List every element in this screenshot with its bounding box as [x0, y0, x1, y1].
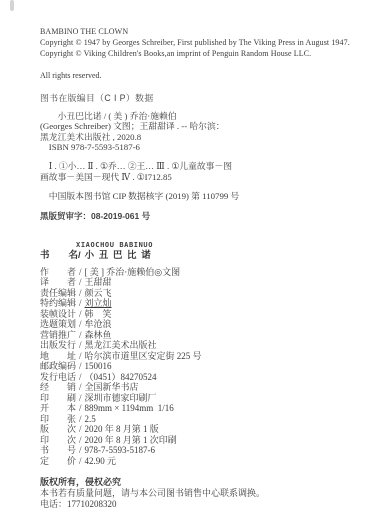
- page-content: BAMBINO THE CLOWN Copyright © 1947 by Ge…: [0, 0, 375, 510]
- row-separator: /: [79, 435, 82, 445]
- row-separator: /: [79, 267, 82, 277]
- footer-block: 版权所有，侵权必究 本书若有质量问题，请与本公司图书销售中心联系调换。 电话：1…: [40, 477, 349, 509]
- row-separator: /: [79, 277, 82, 287]
- row-label: 特约编辑: [40, 298, 77, 309]
- row-label: 开 本: [40, 403, 77, 414]
- book-title-label: 书 名/: [40, 250, 81, 261]
- row-label: 印 刷: [40, 393, 77, 404]
- colophon-row: 作 者/[ 美 ] 乔治·施赖伯◎文图: [40, 267, 349, 278]
- pinyin-title: XIAOCHOU BABINUO: [76, 241, 349, 250]
- row-separator: /: [79, 456, 82, 466]
- row-separator: /: [79, 319, 82, 329]
- cip-class-line: Ⅰ . ①小… Ⅱ . ①乔… ②王… Ⅲ . ①儿童故事－图: [40, 161, 349, 171]
- colophon-row: 定 价/42.90 元: [40, 456, 349, 467]
- cip-heading: 图书在版编目（C I P）数据: [40, 93, 349, 104]
- colophon-rows: 作 者/[ 美 ] 乔治·施赖伯◎文图译 者/王甜甜责任编辑/颜云飞特约编辑/刘…: [40, 267, 349, 467]
- quality-notice-line: 本书若有质量问题，请与本公司图书销售中心联系调换。: [40, 488, 349, 499]
- colophon-row: 地 址/哈尔滨市道里区安定街 225 号: [40, 351, 349, 362]
- colophon-row: 邮政编码/150016: [40, 361, 349, 372]
- row-label: 书 号: [40, 445, 77, 456]
- cip-class-line: 画故事－美国－现代 Ⅳ . ①I712.85: [40, 172, 349, 182]
- row-label: 作 者: [40, 267, 77, 278]
- row-value: 2.5: [85, 414, 96, 424]
- row-label: 营销推广: [40, 330, 77, 341]
- row-value: 牟沧浪: [85, 319, 112, 329]
- colophon-row: 经 销/全国新华书店: [40, 382, 349, 393]
- row-separator: /: [79, 340, 82, 350]
- row-value: （0451）84270524: [85, 372, 157, 382]
- row-separator: /: [79, 288, 82, 298]
- row-value: 深圳市德家印刷厂: [85, 393, 157, 403]
- cip-entry-line: ISBN 978-7-5593-5187-6: [40, 142, 349, 152]
- copyright-line: Copyright © 1947 by Georges Schreiber, F…: [40, 38, 349, 49]
- row-value: 全国新华书店: [85, 382, 139, 392]
- row-value: 150016: [85, 361, 112, 371]
- colophon-row: 印 刷/深圳市德家印刷厂: [40, 393, 349, 404]
- colophon-row: 出版发行/黑龙江美术出版社: [40, 340, 349, 351]
- row-value: 哈尔滨市道里区安定街 225 号: [85, 351, 202, 361]
- row-separator: /: [79, 351, 82, 361]
- contact-phone-line: 电话：17710208320: [40, 499, 349, 510]
- colophon-row: 版 次/2020 年 8 月第 1 版: [40, 424, 349, 435]
- colophon-row: 选题策划/牟沧浪: [40, 319, 349, 330]
- row-label: 发行电话: [40, 372, 77, 383]
- colophon-row: 印 张/2.5: [40, 414, 349, 425]
- row-separator: /: [79, 382, 82, 392]
- row-separator: /: [79, 445, 82, 455]
- row-separator: /: [79, 361, 82, 371]
- colophon-row: 开 本/889mm × 1194mm 1/16: [40, 403, 349, 414]
- book-title-row: 书 名/小 丑 巴 比 诺: [40, 250, 349, 261]
- row-label: 经 销: [40, 382, 77, 393]
- cip-block: 图书在版编目（C I P）数据 小丑巴比诺 / ( 美 ) 乔治·施赖伯(Geo…: [40, 93, 349, 222]
- row-label: 印 次: [40, 435, 77, 446]
- copyright-lines: Copyright © 1947 by Georges Schreiber, F…: [40, 38, 349, 60]
- scan-artifact: [10, 0, 14, 11]
- cip-entry-line: (Georges Schreiber) 文图；王甜甜译 . -- 哈尔滨：: [40, 121, 349, 131]
- colophon-row: 译 者/王甜甜: [40, 277, 349, 288]
- copyright-line: Copyright © Viking Children's Books,an i…: [40, 49, 349, 60]
- row-label: 译 者: [40, 277, 77, 288]
- colophon-row: 责任编辑/颜云飞: [40, 288, 349, 299]
- colophon-row: 装帧设计/韩 笑: [40, 309, 349, 320]
- row-value: 颜云飞: [85, 288, 112, 298]
- cip-entry: 小丑巴比诺 / ( 美 ) 乔治·施赖伯(Georges Schreiber) …: [40, 111, 349, 152]
- cip-classification: Ⅰ . ①小… Ⅱ . ①乔… ②王… Ⅲ . ①儿童故事－图画故事－美国－现代…: [40, 161, 349, 182]
- book-title-english: BAMBINO THE CLOWN: [40, 27, 349, 38]
- row-label: 责任编辑: [40, 288, 77, 299]
- row-separator: /: [79, 414, 82, 424]
- colophon-block: XIAOCHOU BABINUO 书 名/小 丑 巴 比 诺 作 者/[ 美 ]…: [40, 241, 349, 467]
- row-label: 出版发行: [40, 340, 77, 351]
- row-label: 地 址: [40, 351, 77, 362]
- cip-registry-line: 中国版本图书馆 CIP 数据核字 (2019) 第 110799 号: [40, 191, 349, 202]
- row-separator: /: [79, 403, 82, 413]
- english-header: BAMBINO THE CLOWN Copyright © 1947 by Ge…: [40, 27, 349, 82]
- row-value: 42.90 元: [85, 456, 117, 466]
- row-separator: /: [79, 372, 82, 382]
- row-separator: /: [79, 330, 82, 340]
- rights-reserved-line: All rights reserved.: [40, 71, 349, 82]
- colophon-row: 营销推广/森林鱼: [40, 330, 349, 341]
- row-label: 装帧设计: [40, 309, 77, 320]
- row-separator: /: [79, 393, 82, 403]
- row-value: 王甜甜: [85, 277, 112, 287]
- row-label: 印 张: [40, 414, 77, 425]
- row-label: 选题策划: [40, 319, 77, 330]
- row-separator: /: [79, 424, 82, 434]
- cip-entry-line: 黑龙江美术出版社 , 2020.8: [40, 132, 349, 142]
- row-label: 邮政编码: [40, 361, 77, 372]
- row-value: 韩 笑: [85, 309, 112, 319]
- row-value: 2020 年 8 月第 1 次印刷: [85, 435, 177, 445]
- copyright-notice-title: 版权所有，侵权必究: [40, 477, 349, 488]
- row-value: 刘立灿: [85, 298, 112, 308]
- row-label: 定 价: [40, 456, 77, 467]
- colophon-row: 书 号/978-7-5593-5187-6: [40, 445, 349, 456]
- book-title-value: 小 丑 巴 比 诺: [85, 250, 152, 261]
- cip-approval-line: 黑版贸审字：08-2019-061 号: [40, 211, 349, 222]
- row-value: 978-7-5593-5187-6: [85, 445, 156, 455]
- row-separator: /: [79, 298, 82, 308]
- row-value: 2020 年 8 月第 1 版: [85, 424, 159, 434]
- row-label: 版 次: [40, 424, 77, 435]
- row-value: 森林鱼: [85, 330, 112, 340]
- colophon-row: 发行电话/（0451）84270524: [40, 372, 349, 383]
- row-value: 黑龙江美术出版社: [85, 340, 157, 350]
- row-separator: /: [79, 309, 82, 319]
- colophon-row: 印 次/2020 年 8 月第 1 次印刷: [40, 435, 349, 446]
- cip-entry-line: 小丑巴比诺 / ( 美 ) 乔治·施赖伯: [40, 111, 349, 121]
- colophon-row: 特约编辑/刘立灿: [40, 298, 349, 309]
- row-value: [ 美 ] 乔治·施赖伯◎文图: [85, 267, 181, 277]
- copyright-page: BAMBINO THE CLOWN Copyright © 1947 by Ge…: [0, 0, 375, 529]
- row-value: 889mm × 1194mm 1/16: [85, 403, 174, 413]
